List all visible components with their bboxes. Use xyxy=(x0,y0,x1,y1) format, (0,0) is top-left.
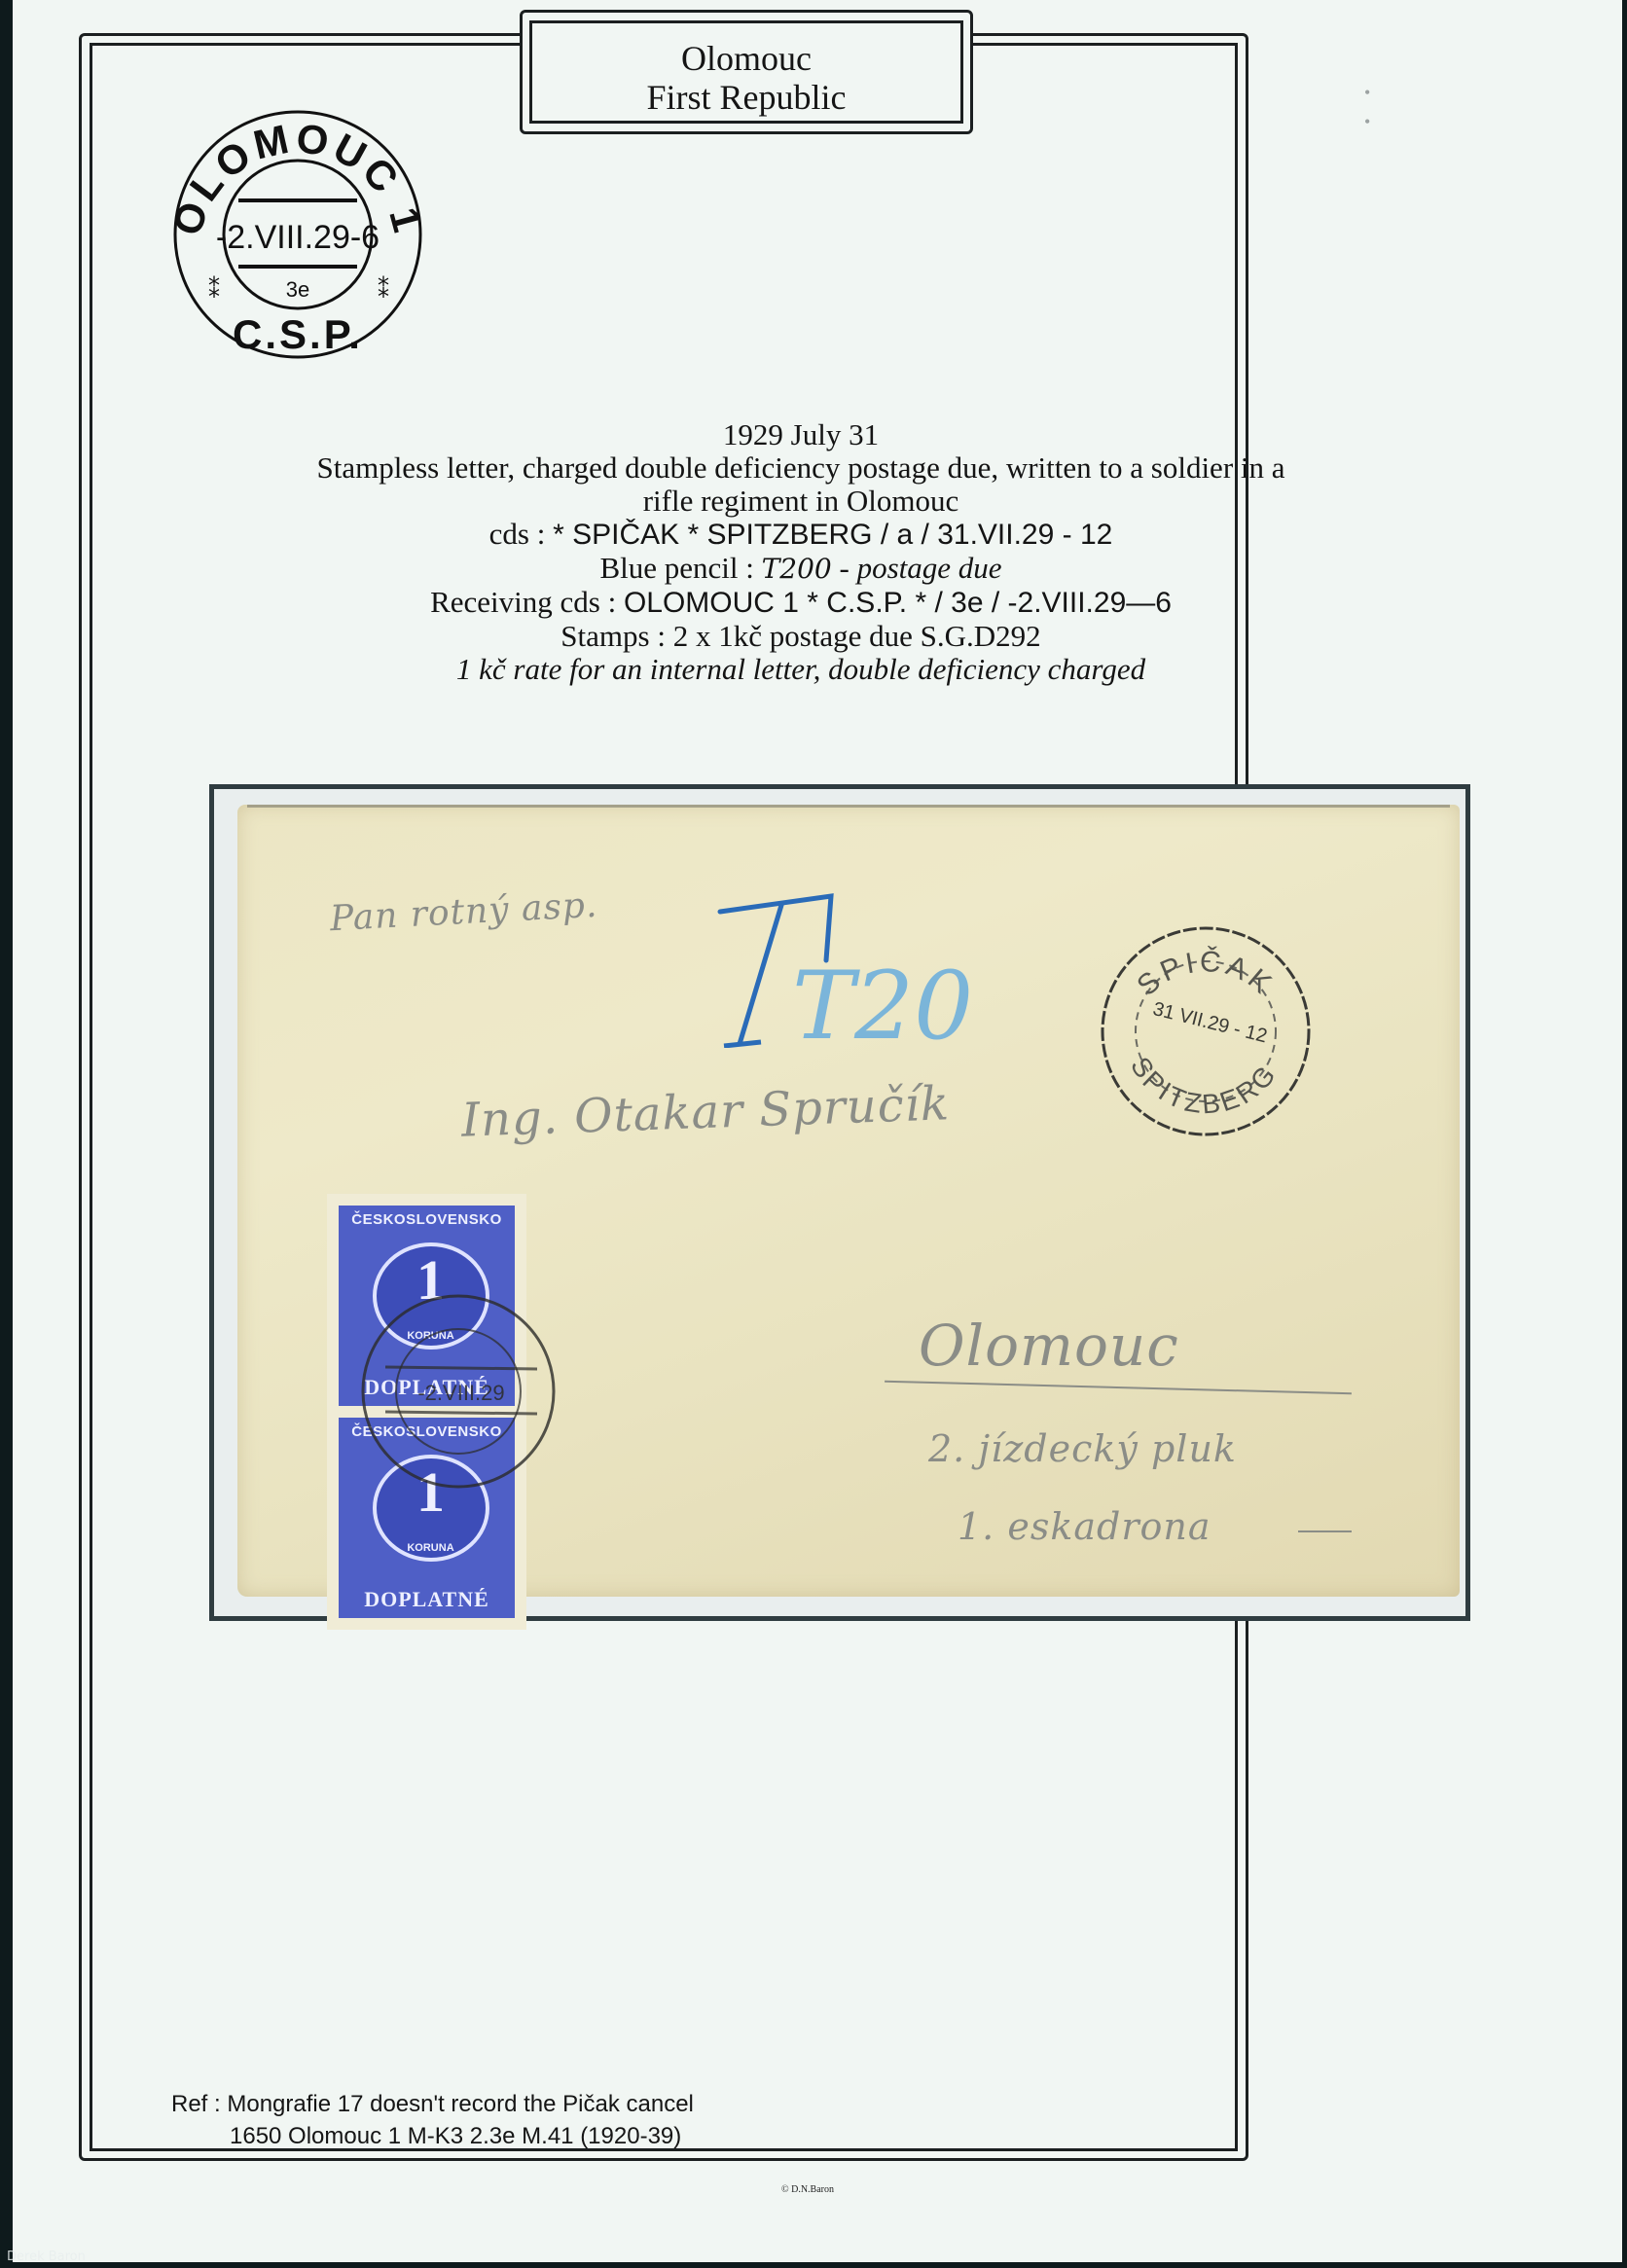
postmark-illustration: OLOMOUC 1 -2.VIII.29-6 3e C.S.P. ⁑ ⁑ xyxy=(170,107,425,362)
blue-pencil-value: T200 xyxy=(762,553,832,585)
envelope: Pan rotný asp. T200 Ing. Otakar Spručík … xyxy=(237,805,1460,1597)
svg-text:SPITZBERG: SPITZBERG xyxy=(1125,1052,1284,1120)
rate-note: 1 kč rate for an internal letter, double… xyxy=(149,653,1453,686)
summary-line-2: rifle regiment in Olomouc xyxy=(149,485,1453,518)
postmark-bottom-text: C.S.P. xyxy=(233,311,363,357)
city-underline xyxy=(885,1381,1352,1395)
handwriting-city: Olomouc xyxy=(919,1313,1179,1379)
stamps-line: Stamps : 2 x 1kč postage due S.G.D292 xyxy=(149,620,1453,653)
ref-line-1: Ref : Mongrafie 17 doesn't record the Pi… xyxy=(171,2088,694,2120)
page-subtitle: First Republic xyxy=(532,78,960,117)
page-title: Olomouc xyxy=(532,39,960,78)
handwriting-addressee: Ing. Otakar Spručík xyxy=(460,1076,951,1147)
stamp-cancel-date: -2.VIII.29 xyxy=(417,1381,504,1405)
cancel-date: 31 VII.29 - 12 xyxy=(1151,998,1270,1047)
olomouc-cancel-on-stamps: -2.VIII.29 xyxy=(346,1279,570,1503)
receiving-cds-value: OLOMOUC 1 * C.S.P. * / 3e / -2.VIII.29—6 xyxy=(624,587,1172,619)
spicak-cancel: SPIČAK 31 VII.29 - 12 SPITZBERG xyxy=(1094,919,1318,1143)
cover-description: 1929 July 31 Stampless letter, charged d… xyxy=(149,418,1453,686)
reference-note: Ref : Mongrafie 17 doesn't record the Pi… xyxy=(171,2088,694,2152)
cover-date: 1929 July 31 xyxy=(149,418,1453,451)
blue-pencil-charge-mark: T200 xyxy=(705,853,977,1048)
handwriting-rank: Pan rotný asp. xyxy=(329,885,598,939)
receiving-cds-line: Receiving cds : OLOMOUC 1 * C.S.P. * / 3… xyxy=(149,586,1453,620)
title-box: Olomouc First Republic xyxy=(520,10,973,134)
blue-charge-value: T200 xyxy=(792,952,977,1048)
summary-line-1: Stampless letter, charged double deficie… xyxy=(149,451,1453,485)
cds-value: * SPIČAK * SPITZBERG / a / 31.VII.29 - 1… xyxy=(553,519,1112,551)
cds-line: cds : * SPIČAK * SPITZBERG / a / 31.VII.… xyxy=(149,518,1453,552)
star-ornament-icon: ⁑ xyxy=(208,274,220,304)
postmark-date: -2.VIII.29-6 xyxy=(216,219,380,256)
envelope-mount: Pan rotný asp. T200 Ing. Otakar Spručík … xyxy=(209,784,1470,1621)
watermark: Derek Baron xyxy=(7,2250,86,2264)
blue-pencil-line: Blue pencil : T200 - postage due xyxy=(149,552,1453,586)
scan-specks: •• xyxy=(1364,78,1370,136)
postmark-code: 3e xyxy=(286,277,309,302)
copyright: © D.N.Baron xyxy=(781,2184,834,2195)
album-page: Olomouc First Republic •• OLOMOUC 1 -2.V… xyxy=(13,0,1622,2262)
star-ornament-icon: ⁑ xyxy=(378,274,389,304)
ref-line-2: 1650 Olomouc 1 M-K3 2.3e M.41 (1920-39) xyxy=(171,2120,694,2152)
handwriting-unit-line-1: 2. jízdecký pluk xyxy=(928,1427,1237,1470)
svg-text:SPIČAK: SPIČAK xyxy=(1131,945,1280,1002)
handwriting-unit-line-2: 1. eskadrona xyxy=(958,1505,1211,1548)
